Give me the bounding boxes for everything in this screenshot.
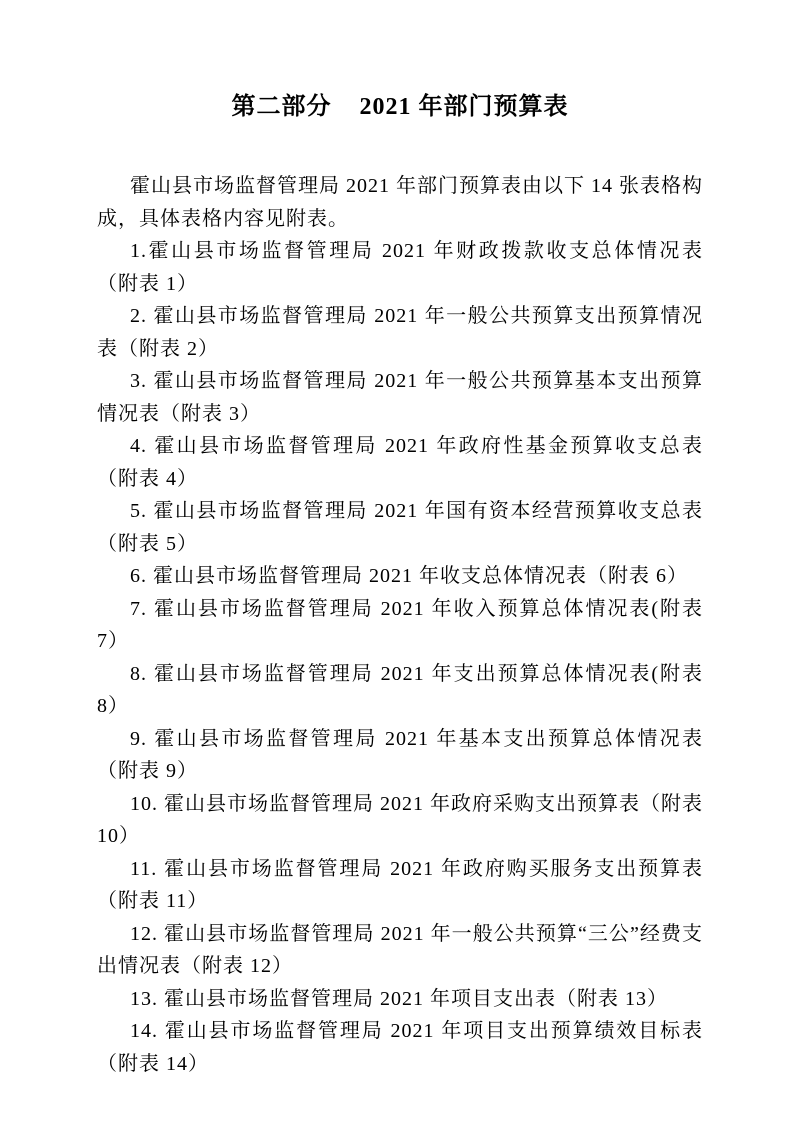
list-item: 4. 霍山县市场监督管理局 2021 年政府性基金预算收支总表（附表 4） <box>97 430 703 495</box>
list-item: 13. 霍山县市场监督管理局 2021 年项目支出表（附表 13） <box>97 983 703 1016</box>
list-item: 7. 霍山县市场监督管理局 2021 年收入预算总体情况表(附表 7） <box>97 593 703 658</box>
page-title: 第二部分 2021 年部门预算表 <box>97 90 703 124</box>
list-item: 11. 霍山县市场监督管理局 2021 年政府购买服务支出预算表（附表 11） <box>97 853 703 918</box>
list-item: 5. 霍山县市场监督管理局 2021 年国有资本经营预算收支总表（附表 5） <box>97 495 703 560</box>
intro-paragraph: 霍山县市场监督管理局 2021 年部门预算表由以下 14 张表格构成，具体表格内… <box>97 170 703 235</box>
list-item: 14. 霍山县市场监督管理局 2021 年项目支出预算绩效目标表（附表 14） <box>97 1015 703 1080</box>
list-item: 2. 霍山县市场监督管理局 2021 年一般公共预算支出预算情况表（附表 2） <box>97 300 703 365</box>
list-item: 12. 霍山县市场监督管理局 2021 年一般公共预算“三公”经费支出情况表（附… <box>97 918 703 983</box>
list-item: 8. 霍山县市场监督管理局 2021 年支出预算总体情况表(附表 8） <box>97 658 703 723</box>
list-item: 9. 霍山县市场监督管理局 2021 年基本支出预算总体情况表（附表 9） <box>97 723 703 788</box>
list-item: 3. 霍山县市场监督管理局 2021 年一般公共预算基本支出预算情况表（附表 3… <box>97 365 703 430</box>
list-item: 1.霍山县市场监督管理局 2021 年财政拨款收支总体情况表（附表 1） <box>97 235 703 300</box>
list-item: 6. 霍山县市场监督管理局 2021 年收支总体情况表（附表 6） <box>97 560 703 593</box>
list-item: 10. 霍山县市场监督管理局 2021 年政府采购支出预算表（附表 10） <box>97 788 703 853</box>
document-body: 霍山县市场监督管理局 2021 年部门预算表由以下 14 张表格构成，具体表格内… <box>97 170 703 1080</box>
document-page: 第二部分 2021 年部门预算表 霍山县市场监督管理局 2021 年部门预算表由… <box>0 0 793 1122</box>
